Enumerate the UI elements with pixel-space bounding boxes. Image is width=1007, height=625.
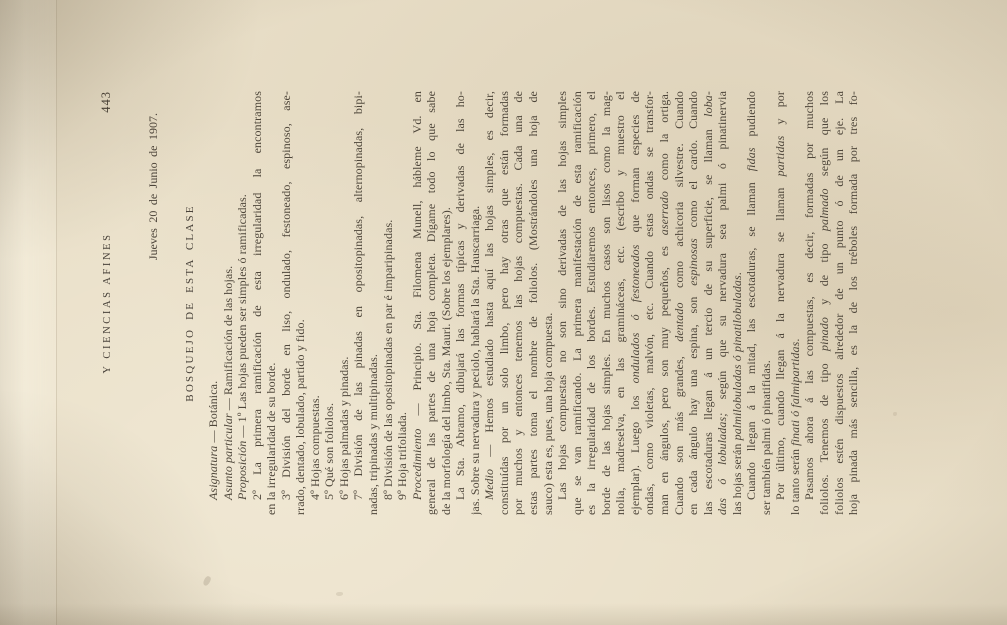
text-segment: de la morfología del limbo, Sta. Mauri. … — [439, 207, 453, 515]
text-segment: Pasamos ahora á las compuestas, es decir… — [802, 91, 816, 500]
text-line: nolia, madreselva, en las gramináceas, e… — [613, 91, 628, 515]
text-line: por muchos y entonces tenemos las hojas … — [511, 91, 526, 515]
text-segment: como achicoria silvestre. Cuando — [672, 91, 686, 302]
text-line: Cuando son más grandes, dentado como ach… — [672, 91, 687, 515]
text-segment: que se van ramificando. La primera manif… — [570, 91, 584, 515]
text-segment: en cada ángulo hay una espina, son — [686, 286, 700, 515]
text-line: ser también palmi ó pinatifidas. — [759, 91, 774, 515]
text-segment: lo tanto serán — [788, 446, 802, 515]
section-title: BOSQUEJO DE ESTA CLASE — [184, 91, 197, 515]
text-segment: Las hojas compuestas no son sino derivad… — [555, 91, 569, 500]
text-line: Cuando llegan á la mitad, las escotadura… — [744, 91, 759, 515]
italic-text-segment: palmado — [817, 188, 831, 231]
text-segment: por muchos y entonces tenemos las hojas … — [511, 91, 525, 515]
text-segment: 6º Hojas palmadas y pinadas. — [337, 357, 351, 501]
text-line: 9º Hoja trifoliada. — [395, 91, 410, 515]
text-segment: 7º División de las pinadas en opositopin… — [351, 91, 365, 500]
text-line: das ó lobuladas; según que su nervadura … — [715, 91, 730, 515]
text-line: Procedimiento — Principio. Sta. Filomena… — [410, 91, 425, 515]
text-segment: que forman especies de — [628, 91, 642, 244]
text-segment: — 1º Las hojas pueden ser simples ó rami… — [235, 194, 249, 441]
text-segment: como la ortiga. — [657, 91, 671, 191]
text-line: Pasamos ahora á las compuestas, es decir… — [802, 91, 817, 515]
text-segment: 9º Hoja trifoliada. — [395, 412, 409, 500]
text-line: en cada ángulo hay una espina, son espin… — [686, 91, 701, 515]
text-segment: foliolos estén dispuestos alrededor de u… — [832, 91, 846, 515]
text-segment: — Ramificación de las hojas. — [221, 266, 235, 414]
text-segment: 4º Hojas compuestas. — [308, 395, 322, 500]
text-segment: jas. Sobre su nervadura y peciolo, habla… — [468, 206, 482, 515]
text-segment: pudiendo — [744, 91, 758, 147]
text-line: rrado, dentado, lobulado, partido y fido… — [293, 91, 308, 515]
text-line: de la morfología del limbo, Sta. Mauri. … — [439, 91, 454, 515]
text-segment: man en ángulos, pero son muy pequeños, e… — [657, 235, 671, 515]
text-line: 5º Qué son foliolos. — [322, 91, 337, 515]
italic-text-segment: pinado — [817, 317, 831, 351]
page-number: 443 — [98, 91, 114, 113]
text-line: constituídas por un solo limbo, pero hay… — [497, 91, 512, 515]
text-line: 8º División de las opositopinadas en par… — [381, 91, 396, 515]
text-line: que se van ramificando. La primera manif… — [570, 91, 585, 515]
text-line: estas partes toma el nombre de foliolos.… — [526, 91, 541, 515]
text-line: 3º División del borde en liso, ondulado,… — [279, 91, 294, 515]
text-segment: foliolos. Tenemos de tipo — [817, 351, 831, 515]
text-segment: . — [788, 339, 802, 342]
text-segment: Cuando llegan á la mitad, las escotadura… — [744, 171, 758, 500]
text-line: 4º Hojas compuestas. — [308, 91, 323, 515]
text-segment: en la irregularidad de su borde. — [264, 363, 278, 515]
text-segment: como el cardo. Cuando — [686, 91, 700, 238]
italic-text-segment: ondulados ó festoneados — [628, 244, 642, 383]
text-segment: general de las partes de una hoja comple… — [424, 91, 438, 515]
text-segment: — Principio. Sta. Filomena Munell, háble… — [410, 91, 424, 428]
text-segment: es la irregularidad de los bordes. Estud… — [584, 91, 598, 515]
text-segment: . — [730, 272, 744, 275]
italic-text-segment: Asunto particular — [221, 413, 235, 500]
italic-text-segment: partidas — [773, 136, 787, 177]
text-segment: — Botánica. — [206, 381, 220, 446]
text-line: sauco) esta es, pues, una hoja compuesta… — [541, 91, 556, 515]
text-segment: y por — [773, 91, 787, 136]
text-segment: las hojas serán — [730, 440, 744, 515]
text-line: Asunto particular — Ramificación de las … — [221, 91, 236, 515]
running-header: Y CIENCIAS AFINES 443 — [100, 91, 116, 515]
text-line: jas. Sobre su nervadura y peciolo, habla… — [468, 91, 483, 515]
text-line: 6º Hojas palmadas y pinadas. — [337, 91, 352, 515]
text-segment: nolia, madreselva, en las gramináceas, e… — [613, 91, 627, 515]
text-segment: 2º La primera ramificación de esta irreg… — [250, 91, 264, 500]
text-segment: rrado, dentado, lobulado, partido y fido… — [293, 319, 307, 515]
body-text: Asignatura — Botánica.Asunto particular … — [206, 91, 861, 515]
text-line: Las hojas compuestas no son sino derivad… — [555, 91, 570, 515]
text-segment: y de tipo — [817, 231, 831, 317]
text-segment: sauco) esta es, pues, una hoja compuesta… — [541, 313, 555, 515]
text-segment: ejemplar). Luego los — [628, 383, 642, 515]
text-line: Por último, cuando llegan á la nervadura… — [773, 91, 788, 515]
italic-text-segment: Proposición — [235, 441, 249, 500]
text-segment: estas partes toma el nombre de foliolos.… — [526, 91, 540, 515]
text-segment: según que los — [817, 91, 831, 188]
text-segment: Por último, cuando llegan á la nervadura… — [773, 176, 787, 500]
text-segment: ondas, como violetas, malvón, etc. Cuand… — [642, 91, 656, 515]
text-line: en la irregularidad de su borde. — [264, 91, 279, 515]
text-line: Proposición — 1º Las hojas pueden ser si… — [235, 91, 250, 515]
italic-text-segment: loba- — [701, 91, 715, 117]
scanned-page-photo: Y CIENCIAS AFINES 443 Jueves 20 de Junio… — [0, 0, 1007, 625]
text-segment: nadas, tripinadas y multipinadas. — [366, 354, 380, 515]
text-line: Medio — Hemos estudiado hasta aquí las h… — [482, 91, 497, 515]
text-segment: 3º División del borde en liso, ondulado,… — [279, 91, 293, 500]
text-segment: Cuando son más grandes, — [672, 342, 686, 515]
italic-text-segment: Asignatura — [206, 446, 220, 500]
text-line: Asignatura — Botánica. — [206, 91, 221, 515]
text-segment: según que su nervadura sea palmi ó pinat… — [715, 91, 729, 413]
italic-text-segment: fidas — [744, 147, 758, 171]
text-line: lo tanto serán finati ó falmipartidas. — [788, 91, 803, 515]
text-segment: — Hemos estudiado hasta aquí las hojas s… — [482, 91, 496, 469]
text-line: foliolos. Tenemos de tipo pinado y de ti… — [817, 91, 832, 515]
italic-text-segment: dentado — [672, 302, 686, 341]
text-segment: La Sta. Abramo, dibujará las formas típi… — [453, 91, 467, 500]
page-top-edge — [0, 0, 57, 625]
text-line: La Sta. Abramo, dibujará las formas típi… — [453, 91, 468, 515]
book-page: Y CIENCIAS AFINES 443 Jueves 20 de Junio… — [0, 0, 1007, 625]
text-line: general de las partes de una hoja comple… — [424, 91, 439, 515]
text-segment: 5º Qué son foliolos. — [322, 403, 336, 500]
text-line: las hojas serán palmilobuladas ó pinatil… — [730, 91, 745, 515]
italic-text-segment: Medio — [482, 469, 496, 500]
text-line: es la irregularidad de los bordes. Estud… — [584, 91, 599, 515]
text-segment: las escotaduras llegan á un tercio de su… — [701, 117, 715, 515]
text-line: man en ángulos, pero son muy pequeños, e… — [657, 91, 672, 515]
text-segment: borde de las hojas simples. En muchos ca… — [599, 91, 613, 515]
italic-text-segment: Procedimiento — [410, 428, 424, 500]
text-line: las escotaduras llegan á un tercio de su… — [701, 91, 716, 515]
text-line: foliolos estén dispuestos alrededor de u… — [832, 91, 847, 515]
text-segment: ser también palmi ó pinatifidas. — [759, 360, 773, 515]
page-content: Y CIENCIAS AFINES 443 Jueves 20 de Junio… — [100, 91, 861, 515]
text-line: ejemplar). Luego los ondulados ó festone… — [628, 91, 643, 515]
text-line: borde de las hojas simples. En muchos ca… — [599, 91, 614, 515]
text-line: nadas, tripinadas y multipinadas. — [366, 91, 381, 515]
text-line: 2º La primera ramificación de esta irreg… — [250, 91, 265, 515]
italic-text-segment: finati ó falmipartidas — [788, 342, 802, 446]
text-segment: hoja pinada más sencilla, es la de los t… — [846, 91, 860, 515]
italic-text-segment: palmilobuladas ó pinatilobuladas — [730, 275, 744, 440]
text-line: hoja pinada más sencilla, es la de los t… — [846, 91, 861, 515]
italic-text-segment: das ó lobuladas; — [715, 413, 729, 515]
text-segment: constituídas por un solo limbo, pero hay… — [497, 91, 511, 515]
text-segment: 8º División de las opositopinadas en par… — [381, 220, 395, 500]
italic-text-segment: aserrado — [657, 191, 671, 235]
journal-header-title: Y CIENCIAS AFINES — [100, 91, 116, 515]
text-line: 7º División de las pinadas en opositopin… — [351, 91, 366, 515]
italic-text-segment: espinosas — [686, 238, 700, 286]
date-line: Jueves 20 de Junio de 1907. — [146, 91, 160, 515]
text-line: ondas, como violetas, malvón, etc. Cuand… — [642, 91, 657, 515]
